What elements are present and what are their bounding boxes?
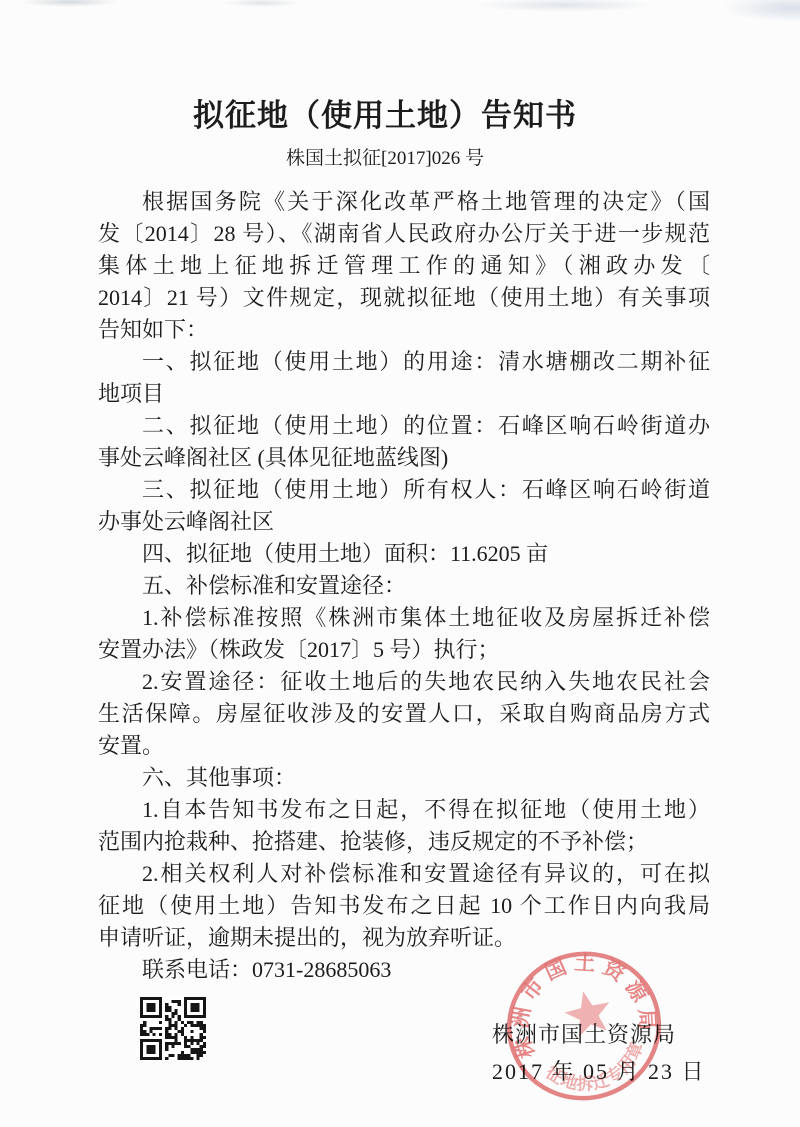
body-line: 根据国务院《关于深化改革严格土地管理的决定》（国 (98, 186, 710, 218)
body-line: 事处云峰阁社区 (具体见征地蓝线图) (98, 442, 710, 474)
body-line: 告知如下： (98, 314, 710, 346)
body-line: 一、拟征地（使用土地）的用途：清水塘棚改二期补征 (98, 346, 710, 378)
document-title: 拟征地（使用土地）告知书 (60, 94, 710, 138)
body-line: 范围内抢栽种、抢搭建、抢装修，违反规定的不予补偿； (98, 826, 710, 858)
body-line: 四、拟征地（使用土地）面积：11.6205 亩 (98, 538, 710, 570)
body-line: 2.安置途径：征收土地后的失地农民纳入失地农民社会 (98, 666, 710, 698)
body-line: 2.相关权利人对补偿标准和安置途径有异议的，可在拟 (98, 858, 710, 890)
body-lines: 根据国务院《关于深化改革严格土地管理的决定》（国发〔2014〕28 号）、《湖南… (98, 186, 710, 986)
qr-code-icon (140, 997, 206, 1060)
issuer-signature: 株洲市国土资源局 (492, 1020, 706, 1050)
issue-date: 2017 年 05 月 23 日 (492, 1057, 706, 1087)
body-line: 办事处云峰阁社区 (98, 506, 710, 538)
body-line: 2014〕21 号）文件规定，现就拟征地（使用土地）有关事项 (98, 282, 710, 314)
document-page: 拟征地（使用土地）告知书 株国土拟征[2017]026 号 根据国务院《关于深化… (0, 0, 800, 1127)
body-line: 征地（使用土地）告知书发布之日起 10 个工作日内向我局 (98, 890, 710, 922)
document-number: 株国土拟征[2017]026 号 (60, 146, 710, 172)
body-line: 安置办法》（株政发〔2017〕5 号）执行； (98, 634, 710, 666)
body-line: 地项目 (98, 378, 710, 410)
body-line: 生活保障。房屋征收涉及的安置人口，采取自购商品房方式 (98, 698, 710, 730)
body-line: 二、拟征地（使用土地）的位置：石峰区响石岭街道办 (98, 410, 710, 442)
body-line: 三、拟征地（使用土地）所有权人：石峰区响石岭街道 (98, 474, 710, 506)
body-line: 申请听证，逾期未提出的，视为放弃听证。 (98, 922, 710, 954)
signature-block: 株洲市国土资源局 2017 年 05 月 23 日 (492, 1020, 706, 1087)
body-line: 联系电话：0731-28685063 (98, 954, 710, 986)
scan-smudge-artifacts (0, 0, 800, 60)
body-line: 发〔2014〕28 号）、《湖南省人民政府办公厅关于进一步规范 (98, 218, 710, 250)
body-line: 六、其他事项： (98, 762, 710, 794)
body-line: 安置。 (98, 730, 710, 762)
body-line: 集体土地上征地拆迁管理工作的通知》（湘政办发〔 (98, 250, 710, 282)
body-line: 五、补偿标准和安置途径： (98, 570, 710, 602)
body-line: 1.补偿标准按照《株洲市集体土地征收及房屋拆迁补偿 (98, 602, 710, 634)
body-line: 1.自本告知书发布之日起，不得在拟征地（使用土地） (98, 794, 710, 826)
